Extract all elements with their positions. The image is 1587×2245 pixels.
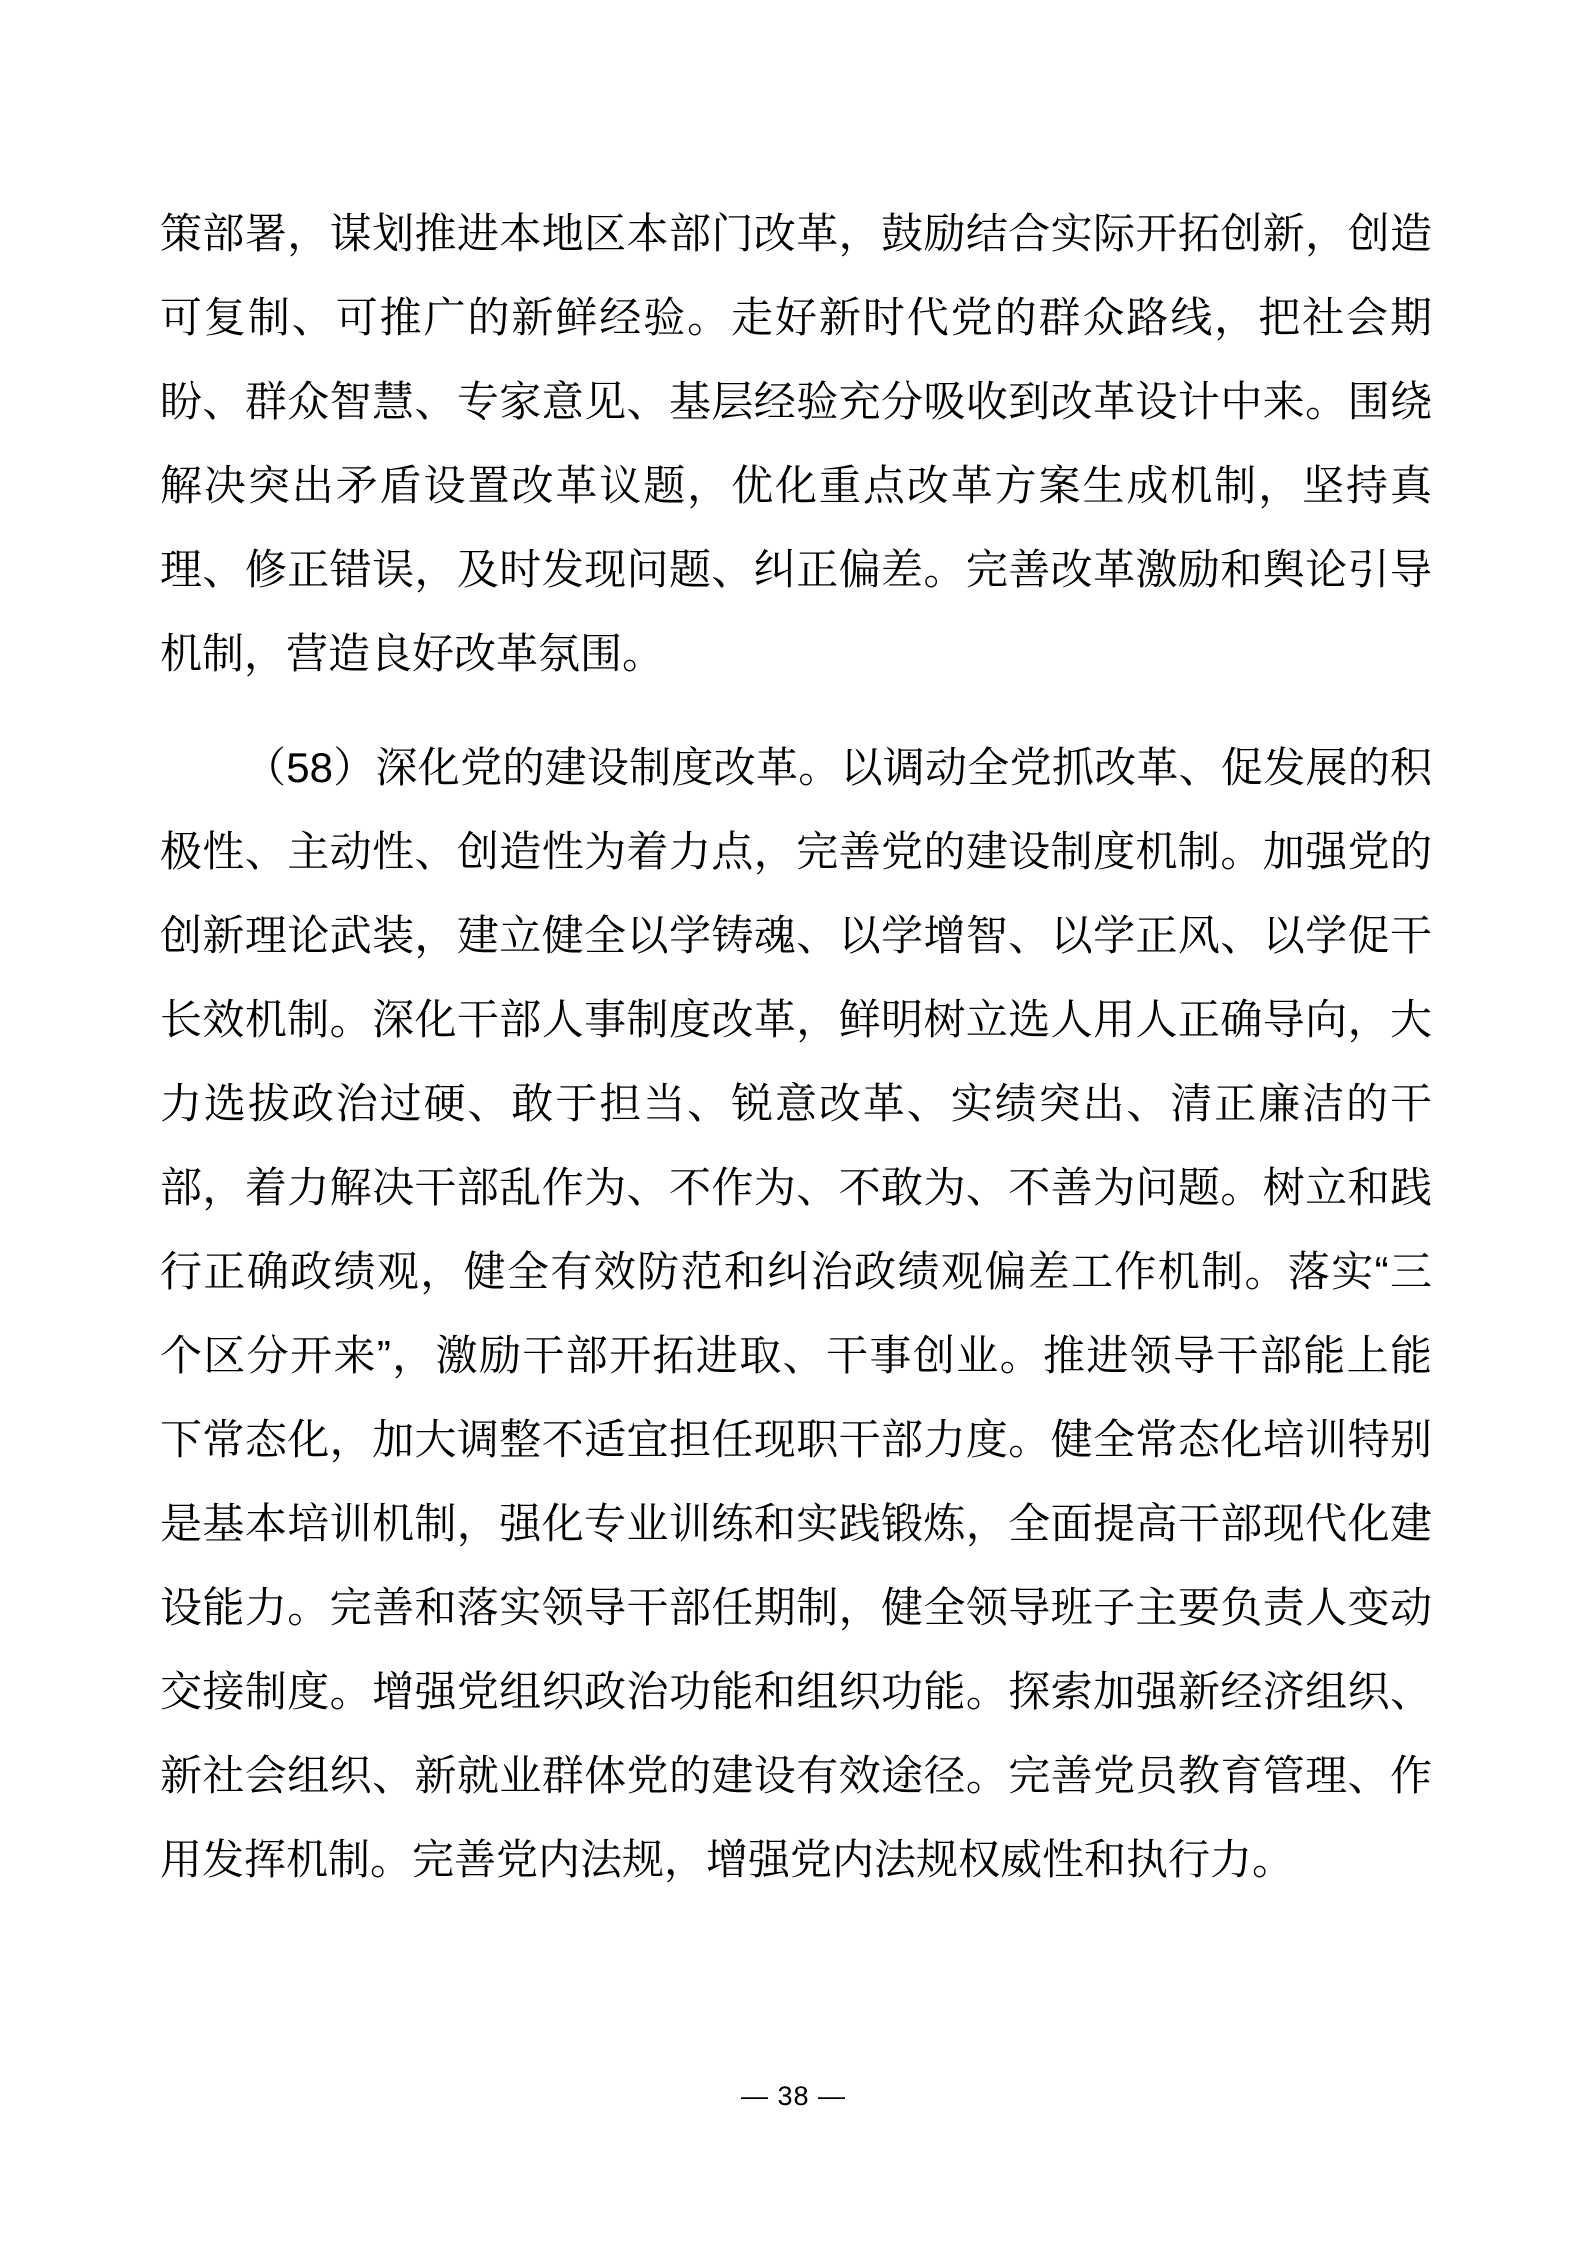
- paragraph-continuation: 策部署，谋划推进本地区本部门改革，鼓励结合实际开拓创新，创造可复制、可推广的新鲜…: [160, 192, 1432, 696]
- document-page: 策部署，谋划推进本地区本部门改革，鼓励结合实际开拓创新，创造可复制、可推广的新鲜…: [0, 0, 1587, 2245]
- paragraph-item-58: （58）深化党的建设制度改革。以调动全党抓改革、促发展的积极性、主动性、创造性为…: [160, 726, 1432, 1902]
- page-number: — 38 —: [0, 2080, 1587, 2112]
- document-body: 策部署，谋划推进本地区本部门改革，鼓励结合实际开拓创新，创造可复制、可推广的新鲜…: [160, 192, 1432, 1932]
